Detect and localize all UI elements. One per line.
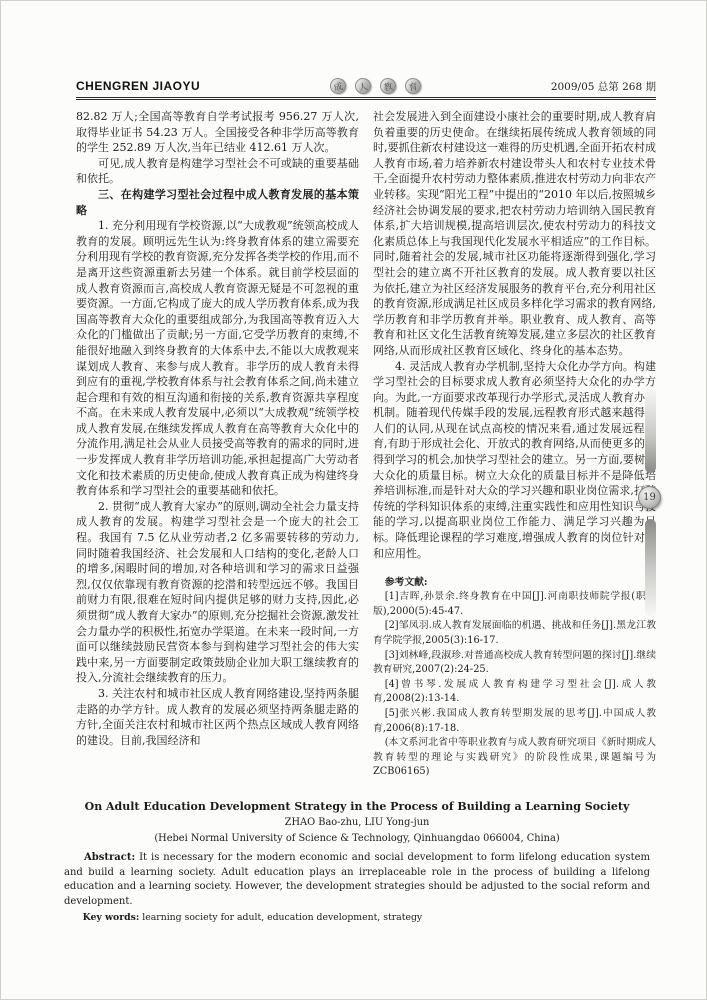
reference-item: [4]曾书琴.发展成人教育构建学习型社会[J].成人教育,2008(2):13-… [373, 678, 656, 707]
seal-icon: 教 [379, 77, 398, 96]
seal-icon: 人 [354, 77, 373, 96]
reference-item: [3]刘林峰,段淑珍.对普通高校成人教育转型问题的探讨[J].继续教育研究,20… [373, 649, 656, 678]
fund-note: (本文系河北省中等职业教育与成人教育研究项目《新时期成人教育转型的理论与实践研究… [373, 736, 656, 780]
paragraph: 可见,成人教育是构建学习型社会不可或缺的重要基础和依托。 [76, 156, 359, 187]
issue-info: 2009/05 总第 268 期 [551, 79, 656, 94]
english-abstract-block: On Adult Education Development Strategy … [64, 800, 650, 926]
journal-page: CHENGREN JIAOYU 成 人 教 育 2009/05 总第 268 期… [0, 0, 707, 1000]
reference-item: [2]邹凤羽.成人教育发展面临的机遇、挑战和任务[J].黑龙江教育学院学报,20… [373, 619, 656, 648]
abstract-label: Abstract: [84, 852, 135, 863]
keywords-label: Key words: [83, 912, 140, 923]
english-authors: ZHAO Bao-zhu, LIU Yong-jun [64, 816, 650, 831]
abstract-text: It is necessary for the modern economic … [64, 852, 650, 907]
paragraph: 社会发展进入到全面建设小康社会的重要时期,成人教育肩负着重要的历史使命。在继续拓… [373, 109, 656, 359]
journal-seal-logos: 成 人 教 育 [330, 78, 421, 94]
reference-item: [1]吉晖,孙景余.终身教育在中国[J].河南职技师院学报(职教版),2000(… [373, 590, 656, 619]
left-column: 82.82 万人;全国高等教育自学考试报考 956.27 万人次,取得毕业证书 … [76, 109, 359, 780]
paragraph: 1. 充分利用现有学校资源,以“大成教观”统领高校成人教育的发展。顾明远先生认为… [76, 218, 359, 499]
reference-item: [5]张兴彬.我国成人教育转型期发展的思考[J].中国成人教育,2006(8):… [373, 707, 656, 736]
keywords-text: learning society for adult, education de… [139, 912, 422, 923]
edge-ornament-bar [645, 519, 656, 617]
article-body: 82.82 万人;全国高等教育自学考试报考 956.27 万人次,取得毕业证书 … [76, 109, 656, 780]
paragraph: 4. 灵活成人教育办学机制,坚持大众化办学方向。构建学习型社会的目标要求成人教育… [373, 359, 656, 562]
paragraph: 3. 关注农村和城市社区成人教育网络建设,坚持两条腿走路的办学方针。成人教育的发… [76, 686, 359, 748]
right-column: 社会发展进入到全面建设小康社会的重要时期,成人教育肩负着重要的历史使命。在继续拓… [373, 109, 656, 780]
references-heading: 参考文献: [373, 575, 656, 590]
english-keywords: Key words: learning society for adult, e… [64, 911, 650, 926]
page-number-badge: 19 [638, 486, 661, 509]
paragraph: 2. 贯彻“成人教育大家办”的原则,调动全社会力量支持成人教育的发展。构建学习型… [76, 499, 359, 686]
english-affiliation: (Hebei Normal University of Science & Te… [64, 832, 650, 847]
journal-name: CHENGREN JIAOYU [76, 79, 200, 93]
english-title: On Adult Education Development Strategy … [64, 800, 650, 814]
seal-icon: 育 [404, 77, 423, 96]
english-abstract: Abstract: It is necessary for the modern… [64, 851, 650, 909]
page-header: CHENGREN JIAOYU 成 人 教 育 2009/05 总第 268 期 [76, 77, 656, 95]
edge-ornament-bar [645, 389, 656, 473]
section-heading: 三、在构建学习型社会过程中成人教育发展的基本策略 [76, 187, 359, 218]
header-double-rule [76, 97, 656, 100]
seal-icon: 成 [329, 77, 348, 96]
paragraph: 82.82 万人;全国高等教育自学考试报考 956.27 万人次,取得毕业证书 … [76, 109, 359, 156]
